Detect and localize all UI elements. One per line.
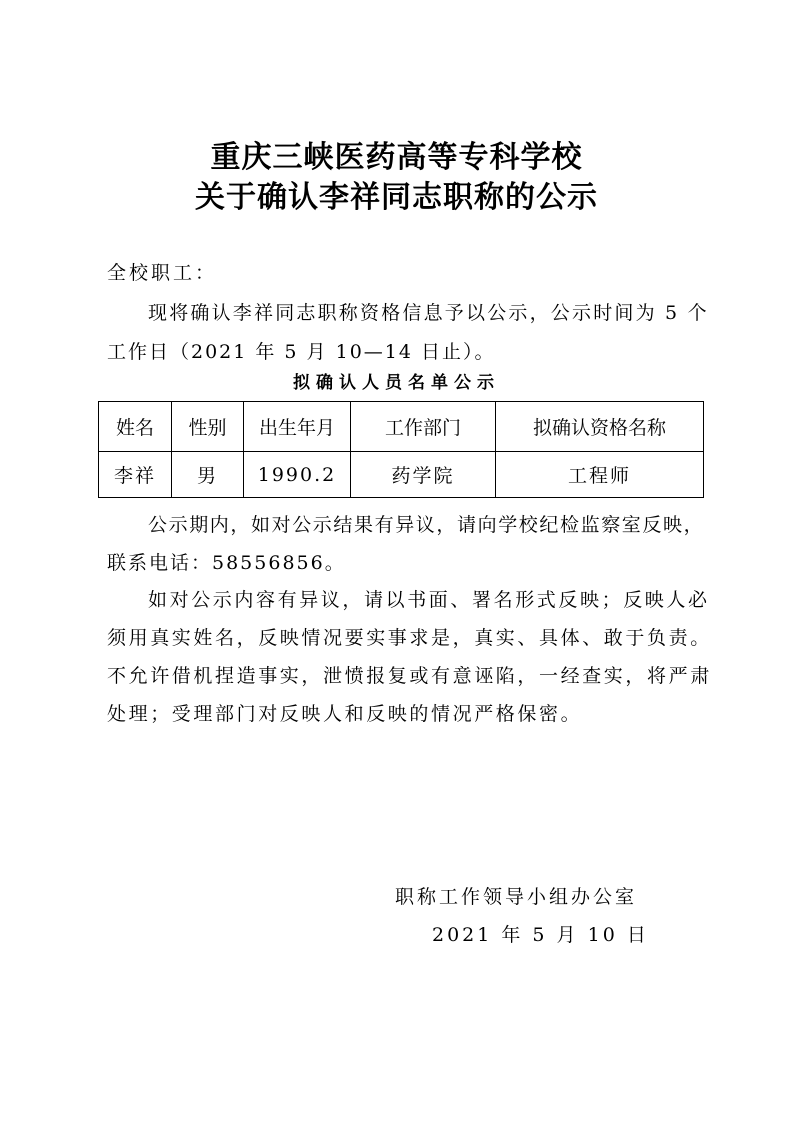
objection-line-1: 公示期内，如对公示结果有异议，请向学校纪检监察室反映， bbox=[148, 510, 704, 540]
header-birth-date: 出生年月 bbox=[244, 402, 351, 452]
roster-table: 姓名 性别 出生年月 工作部门 拟确认资格名称 李祥 男 1990.2 药学院 … bbox=[98, 401, 704, 498]
rules-line-1: 如对公示内容有异议，请以书面、署名形式反映；反映人必 bbox=[148, 585, 710, 615]
header-name: 姓名 bbox=[99, 402, 172, 452]
rules-line-4: 处理；受理部门对反映人和反映的情况严格保密。 bbox=[107, 699, 582, 729]
cell-qualification: 工程师 bbox=[496, 452, 704, 498]
cell-department: 药学院 bbox=[351, 452, 496, 498]
signature-organization: 职称工作领导小组办公室 bbox=[395, 882, 637, 912]
table-caption: 拟确认人员名单公示 bbox=[0, 370, 793, 396]
cell-birth-date: 1990.2 bbox=[244, 452, 351, 498]
signature-date: 2021 年 5 月 10 日 bbox=[432, 920, 649, 950]
rules-line-2: 须用真实姓名，反映情况要实事求是，真实、具体、敢于负责。 bbox=[107, 623, 712, 653]
table-header-row: 姓名 性别 出生年月 工作部门 拟确认资格名称 bbox=[99, 402, 704, 452]
rules-line-3: 不允许借机捏造事实，泄愤报复或有意诬陷，一经查实，将严肃 bbox=[107, 661, 712, 691]
salutation: 全校职工： bbox=[107, 258, 217, 288]
cell-gender: 男 bbox=[172, 452, 244, 498]
intro-line-2: 工作日（2021 年 5 月 10—14 日止）。 bbox=[107, 337, 496, 367]
intro-line-1: 现将确认李祥同志职称资格信息予以公示，公示时间为 5 个 bbox=[148, 298, 709, 328]
objection-line-2: 联系电话：58556856。 bbox=[107, 548, 346, 578]
cell-name: 李祥 bbox=[99, 452, 172, 498]
header-gender: 性别 bbox=[172, 402, 244, 452]
document-page: 重庆三峡医药高等专科学校 关于确认李祥同志职称的公示 全校职工： 现将确认李祥同… bbox=[0, 0, 793, 1122]
header-qualification: 拟确认资格名称 bbox=[496, 402, 704, 452]
document-title-line2: 关于确认李祥同志职称的公示 bbox=[0, 178, 793, 218]
table-row: 李祥 男 1990.2 药学院 工程师 bbox=[99, 452, 704, 498]
document-title-line1: 重庆三峡医药高等专科学校 bbox=[0, 138, 793, 178]
header-department: 工作部门 bbox=[351, 402, 496, 452]
